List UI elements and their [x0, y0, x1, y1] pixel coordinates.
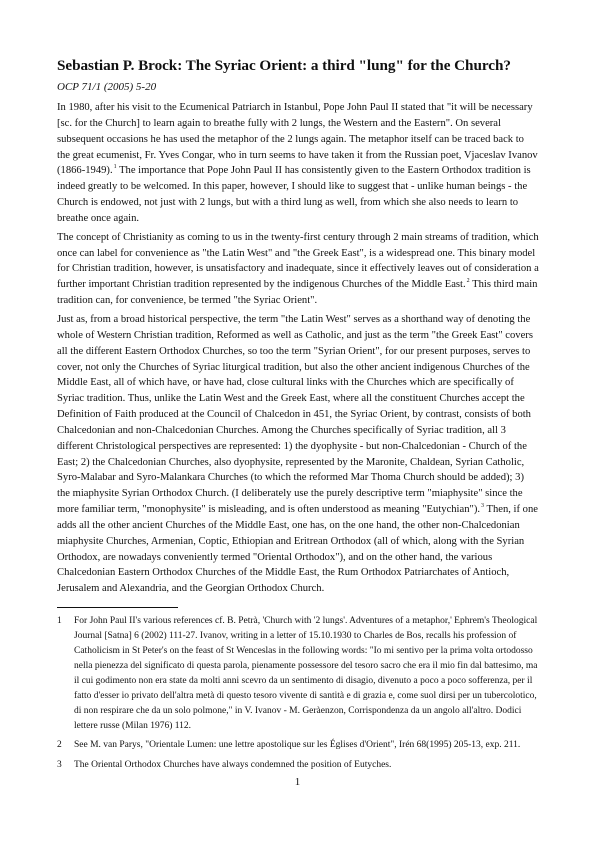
document-page: Sebastian P. Brock: The Syriac Orient: a… — [57, 56, 539, 778]
footnote-text: The Oriental Orthodox Churches have alwa… — [74, 758, 539, 773]
footnote-separator — [57, 607, 178, 608]
article-title: Sebastian P. Brock: The Syriac Orient: a… — [57, 56, 539, 75]
footnote-text: See M. van Parys, "Orientale Lumen: une … — [74, 738, 539, 753]
footnote-text: For John Paul II's various references cf… — [74, 614, 539, 733]
footnote-2: 2 See M. van Parys, "Orientale Lumen: un… — [57, 738, 539, 753]
paragraph-text: Just as, from a broad historical perspec… — [57, 314, 533, 515]
body-paragraph-3: Just as, from a broad historical perspec… — [57, 312, 539, 597]
body-paragraph-2: The concept of Christianity as coming to… — [57, 230, 539, 309]
body-paragraph-1: In 1980, after his visit to the Ecumenic… — [57, 100, 539, 227]
journal-citation: OCP 71/1 (2005) 5-20 — [57, 79, 539, 95]
footnote-number: 3 — [57, 758, 74, 773]
paragraph-text: The importance that Pope John Paul II ha… — [57, 165, 531, 224]
footnote-3: 3 The Oriental Orthodox Churches have al… — [57, 758, 539, 773]
footnote-number: 1 — [57, 614, 74, 733]
paragraph-text: Then, if one adds all the other ancient … — [57, 504, 538, 594]
footnote-1: 1 For John Paul II's various references … — [57, 614, 539, 733]
footnote-number: 2 — [57, 738, 74, 753]
page-number: 1 — [0, 775, 595, 789]
